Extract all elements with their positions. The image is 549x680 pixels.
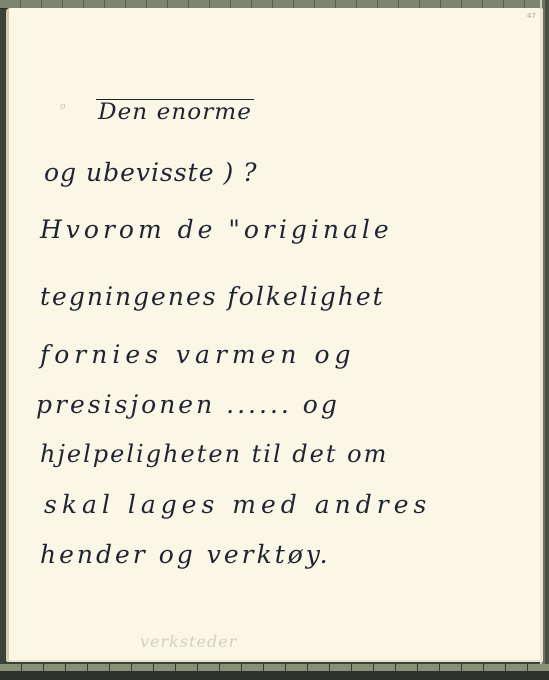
margin-mark: o xyxy=(60,102,65,112)
handwritten-line-1: Den enorme xyxy=(98,100,252,125)
page-number: 47 xyxy=(527,12,536,20)
ruler-ticks xyxy=(0,664,549,671)
handwritten-line-4: tegningenes folkelighet xyxy=(40,282,385,311)
handwritten-line-8: skal lages med andres xyxy=(44,490,431,519)
handwritten-line-2: og ubevisste ) ? xyxy=(44,158,258,187)
show-through-text: verksteder xyxy=(140,632,237,651)
scan-ruler-bottom xyxy=(0,664,549,680)
handwritten-line-3: Hvorom de "originale xyxy=(40,215,393,244)
handwritten-line-6: presisjonen ...... og xyxy=(36,390,340,419)
handwritten-line-9: hender og verktøy. xyxy=(40,540,331,569)
handwritten-line-7: hjelpeligheten til det om xyxy=(40,440,388,468)
handwritten-line-5: fornies varmen og xyxy=(40,340,356,369)
